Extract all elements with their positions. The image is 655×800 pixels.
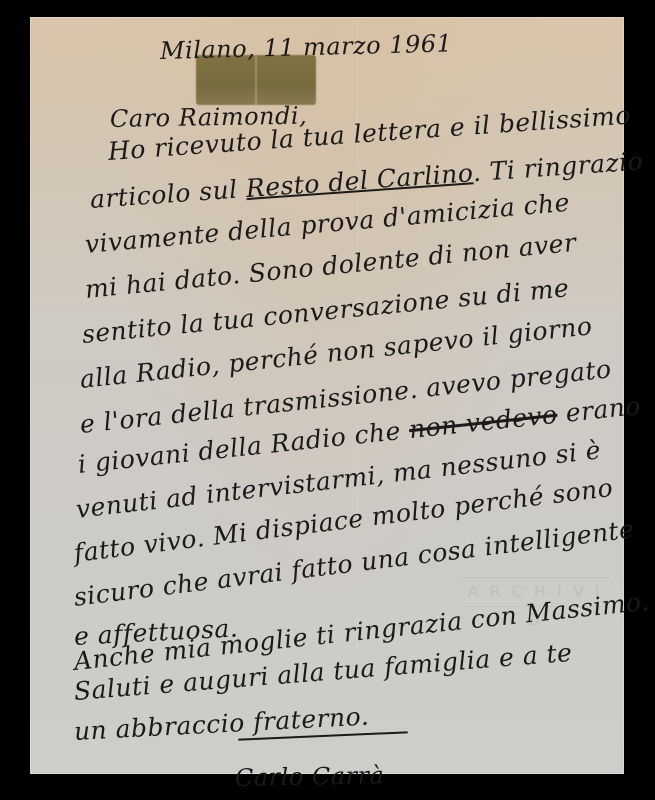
- newspaper-title: Resto del Carlino: [245, 158, 474, 203]
- letter-text: che: [353, 416, 402, 450]
- struck-out-text: non vedevo: [408, 400, 559, 444]
- letter-text: articolo sul: [89, 175, 239, 214]
- letter-paper: A R C H I V I O Milano, 11 marzo 1961 Ca…: [30, 17, 624, 774]
- letter-text: . Ti ringrazio: [472, 146, 644, 187]
- letter-text: erano: [564, 391, 642, 428]
- place-date: Milano, 11 marzo 1961: [160, 29, 453, 65]
- signature: Carlo Carrà: [235, 761, 385, 792]
- letter-line-15: un abbraccio fraterno.: [73, 702, 370, 746]
